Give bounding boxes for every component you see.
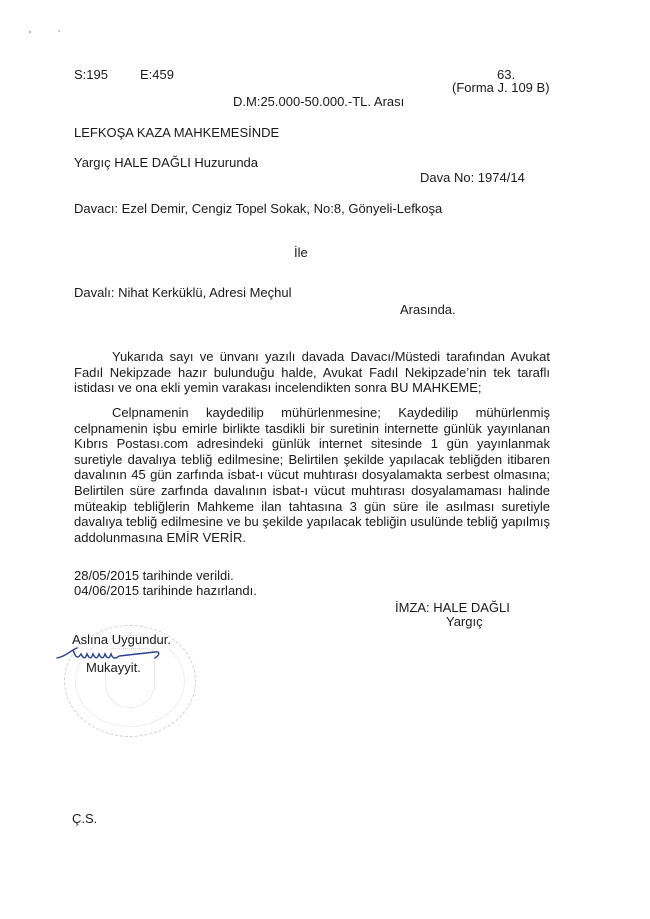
between-label: Arasında. xyxy=(400,302,456,317)
paragraph-intro-text: Yukarıda sayı ve ünvanı yazılı davada Da… xyxy=(74,349,550,395)
value-range: D.M:25.000-50.000.-TL. Arası xyxy=(233,94,404,109)
issued-date: 28/05/2015 tarihinde verildi. xyxy=(74,568,234,583)
paragraph-order: Celpnamenin kaydedilip mühürlenmesine; K… xyxy=(74,405,550,545)
form-code: (Forma J. 109 B) xyxy=(452,80,550,95)
plaintiff: Davacı: Ezel Demir, Cengiz Topel Sokak, … xyxy=(74,201,442,216)
paragraph-intro: Yukarıda sayı ve ünvanı yazılı davada Da… xyxy=(74,349,550,396)
judge-title: Yargıç xyxy=(446,614,483,629)
prepared-date: 04/06/2015 tarihinde hazırlandı. xyxy=(74,583,257,598)
e-number: E:459 xyxy=(140,67,174,82)
paragraph-order-text: Celpnamenin kaydedilip mühürlenmesine; K… xyxy=(74,405,550,545)
defendant: Davalı: Nihat Kerküklü, Adresi Meçhul xyxy=(74,285,291,300)
court-name: LEFKOŞA KAZA MAHKEMESİNDE xyxy=(74,125,279,140)
parties-connector: İle xyxy=(294,245,308,260)
signed-by: İMZA: HALE DAĞLI xyxy=(395,600,510,615)
scan-speck xyxy=(58,30,60,32)
registrar-label: Mukayyit. xyxy=(86,660,141,675)
judge-line: Yargıç HALE DAĞLI Huzurunda xyxy=(74,155,258,170)
s-number: S:195 xyxy=(74,67,108,82)
scan-speck xyxy=(29,31,31,33)
case-number: Dava No: 1974/14 xyxy=(420,170,525,185)
initials: Ç.S. xyxy=(72,811,97,826)
